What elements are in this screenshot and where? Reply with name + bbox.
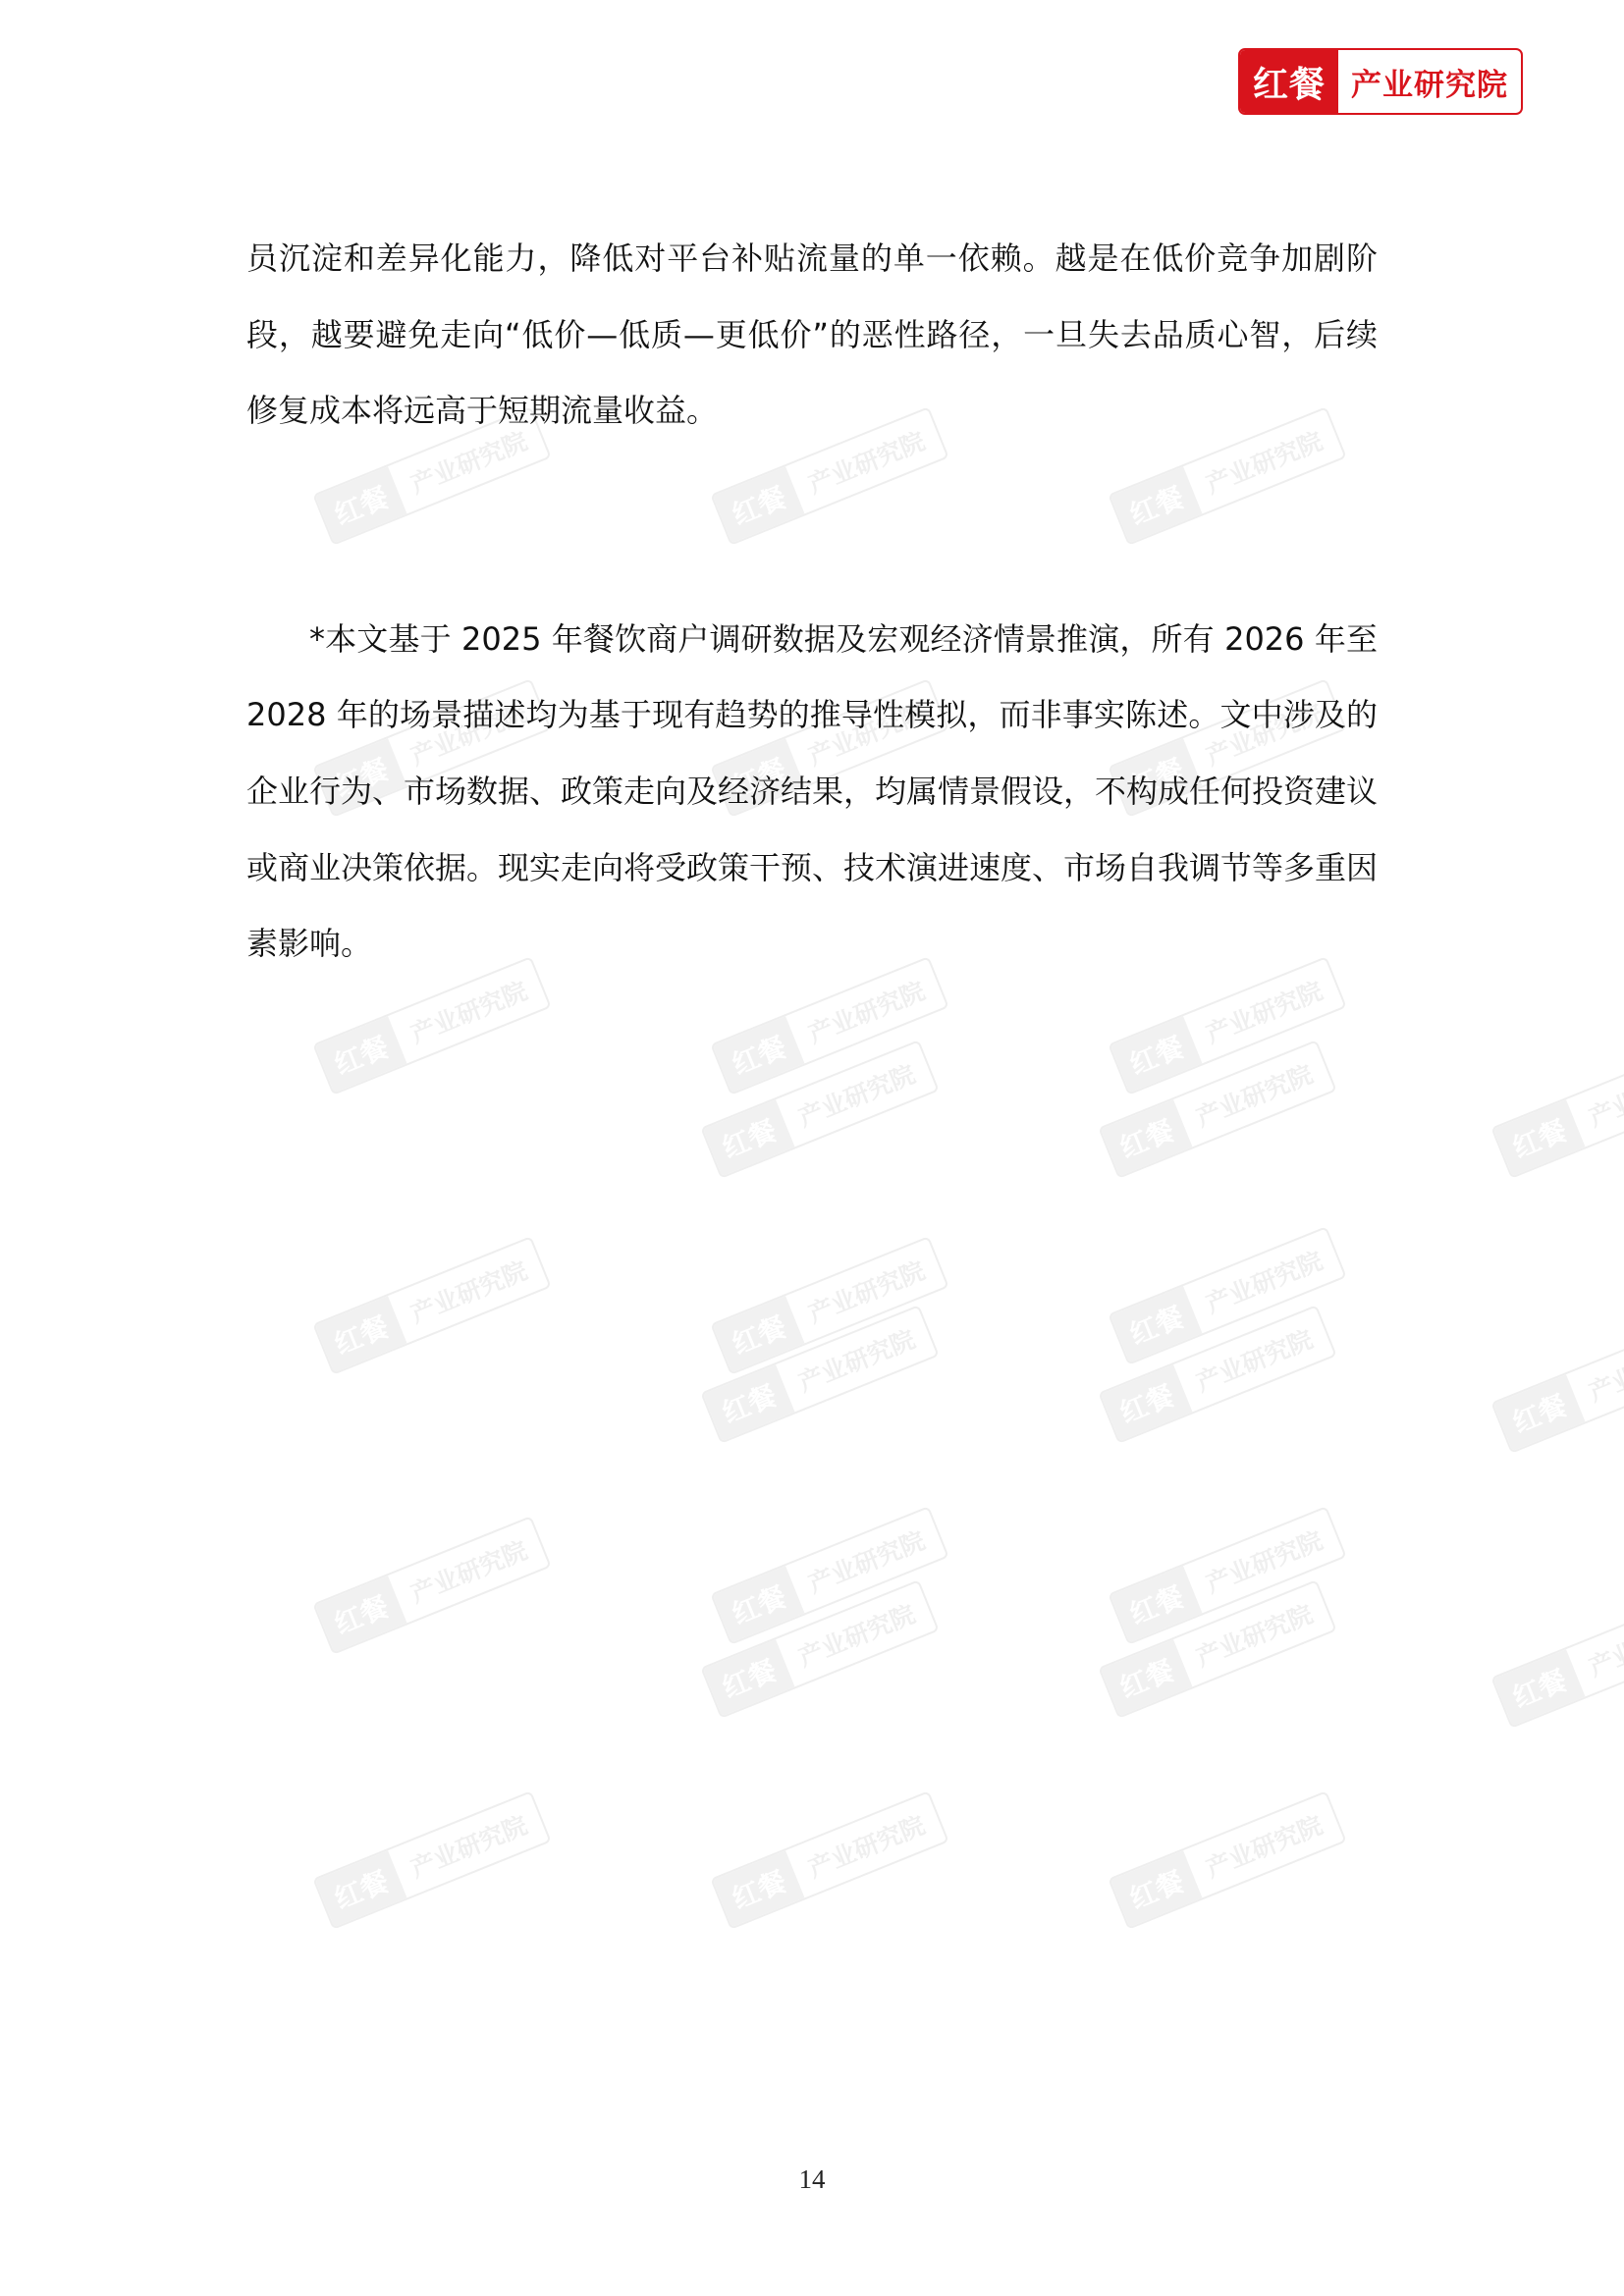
watermark-logo: 红餐产业研究院	[700, 1040, 940, 1179]
page-number: 14	[0, 2164, 1624, 2195]
watermark-logo: 红餐产业研究院	[1098, 1305, 1337, 1444]
brand-logo: 红餐 产业研究院	[1238, 48, 1523, 115]
watermark-logo: 红餐产业研究院	[1490, 1589, 1624, 1729]
disclaimer-paragraph: *本文基于 2025 年餐饮商户调研数据及宏观经济情景推演，所有 2026 年至…	[246, 602, 1378, 983]
logo-subtitle: 产业研究院	[1338, 50, 1521, 113]
watermark-logo: 红餐产业研究院	[1098, 1579, 1337, 1719]
watermark-logo: 红餐产业研究院	[1098, 1040, 1337, 1179]
logo-brand-mark: 红餐	[1240, 50, 1338, 113]
watermark-logo: 红餐产业研究院	[1108, 1226, 1347, 1365]
watermark-logo: 红餐产业研究院	[1108, 1790, 1347, 1930]
watermark-logo: 红餐产业研究院	[710, 1236, 949, 1375]
watermark-logo: 红餐产业研究院	[1490, 1314, 1624, 1454]
watermark-logo: 红餐产业研究院	[312, 1236, 552, 1375]
watermark-logo: 红餐产业研究院	[1490, 1040, 1624, 1179]
watermark-logo: 红餐产业研究院	[710, 1506, 949, 1645]
watermark-logo: 红餐产业研究院	[700, 1579, 940, 1719]
document-body: 员沉淀和差异化能力，降低对平台补贴流量的单一依赖。越是在低价竞争加剧阶段，越要避…	[246, 221, 1378, 983]
body-paragraph: 员沉淀和差异化能力，降低对平台补贴流量的单一依赖。越是在低价竞争加剧阶段，越要避…	[246, 221, 1378, 450]
watermark-logo: 红餐产业研究院	[1108, 1506, 1347, 1645]
watermark-logo: 红餐产业研究院	[312, 1790, 552, 1930]
watermark-logo: 红餐产业研究院	[700, 1305, 940, 1444]
watermark-logo: 红餐产业研究院	[312, 1516, 552, 1655]
watermark-logo: 红餐产业研究院	[710, 1790, 949, 1930]
